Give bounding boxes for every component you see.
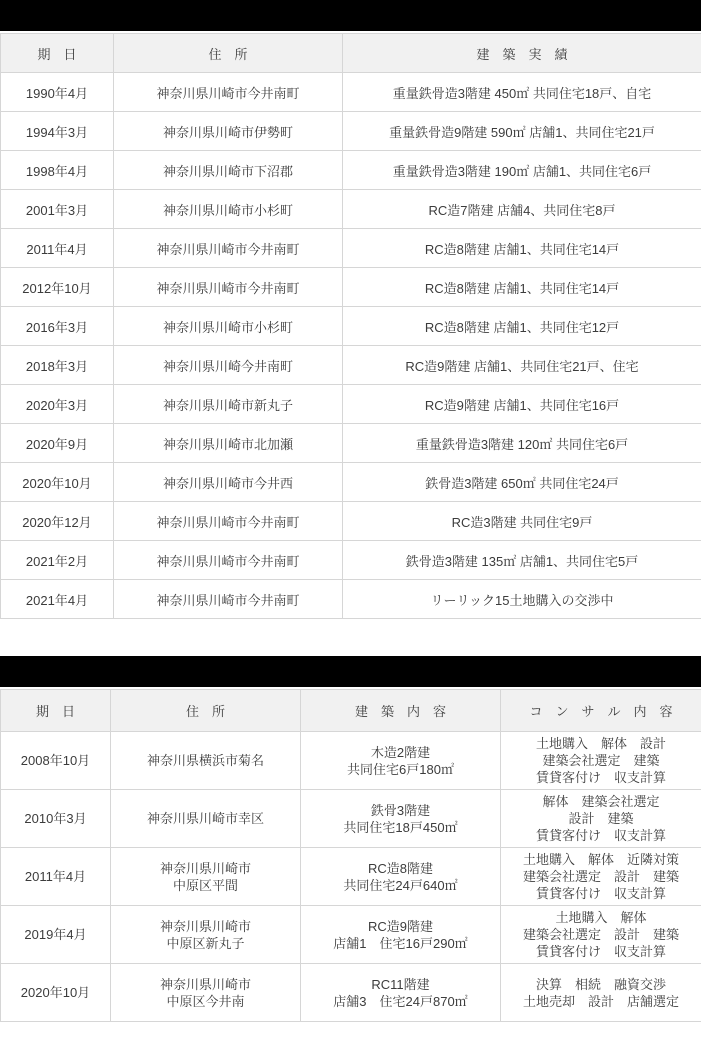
construction-content-cell: 木造2階建 共同住宅6戸180㎡ <box>301 732 501 790</box>
construction-table-header-row: 期 日 住 所 建 築 実 績 <box>1 34 701 73</box>
table-row: 2018年3月 神奈川県川崎今井南町 RC造9階建 店舗1、共同住宅21戸、住宅 <box>1 346 701 385</box>
header-construction-record: 建 築 実 績 <box>343 34 701 73</box>
address-cell: 神奈川県川崎市北加瀬 <box>114 424 343 463</box>
table-row: 2020年9月 神奈川県川崎市北加瀬 重量鉄骨造3階建 120㎡ 共同住宅6戸 <box>1 424 701 463</box>
table-row: 2011年4月 神奈川県川崎市 中原区平間 RC造8階建 共同住宅24戸640㎡… <box>1 848 701 906</box>
address-cell: 神奈川県川崎今井南町 <box>114 346 343 385</box>
date-cell: 2016年3月 <box>1 307 114 346</box>
date-cell: 2018年3月 <box>1 346 114 385</box>
address-cell: 神奈川県川崎市 中原区新丸子 <box>111 906 301 964</box>
address-cell: 神奈川県川崎市今井南町 <box>114 73 343 112</box>
table-row: 2020年12月 神奈川県川崎市今井南町 RC造3階建 共同住宅9戸 <box>1 502 701 541</box>
table-row: 1998年4月 神奈川県川崎市下沼郡 重量鉄骨造3階建 190㎡ 店舗1、共同住… <box>1 151 701 190</box>
header-consulting-content: コ ン サ ル 内 容 <box>501 690 701 732</box>
date-cell: 2001年3月 <box>1 190 114 229</box>
address-cell: 神奈川県川崎市下沼郡 <box>114 151 343 190</box>
construction-detail-cell: リーリック15土地購入の交渉中 <box>343 580 701 619</box>
table-row: 2012年10月 神奈川県川崎市今井南町 RC造8階建 店舗1、共同住宅14戸 <box>1 268 701 307</box>
construction-record-table: 期 日 住 所 建 築 実 績 1990年4月 神奈川県川崎市今井南町 重量鉄骨… <box>0 33 701 619</box>
page: 期 日 住 所 建 築 実 績 1990年4月 神奈川県川崎市今井南町 重量鉄骨… <box>0 0 701 1022</box>
date-cell: 2020年12月 <box>1 502 114 541</box>
consulting-content-cell: 土地購入 解体 建築会社選定 設計 建築 賃貸客付け 収支計算 <box>501 906 701 964</box>
consulting-content-cell: 土地購入 解体 設計 建築会社選定 建築 賃貸客付け 収支計算 <box>501 732 701 790</box>
consulting-content-cell: 解体 建築会社選定 設計 建築 賃貸客付け 収支計算 <box>501 790 701 848</box>
table-row: 2019年4月 神奈川県川崎市 中原区新丸子 RC造9階建 店舗1 住宅16戸2… <box>1 906 701 964</box>
construction-detail-cell: 重量鉄骨造3階建 190㎡ 店舗1、共同住宅6戸 <box>343 151 701 190</box>
date-cell: 2008年10月 <box>1 732 111 790</box>
construction-content-cell: RC造9階建 店舗1 住宅16戸290㎡ <box>301 906 501 964</box>
construction-content-cell: 鉄骨3階建 共同住宅18戸450㎡ <box>301 790 501 848</box>
address-cell: 神奈川県川崎市 中原区平間 <box>111 848 301 906</box>
address-cell: 神奈川県川崎市今井南町 <box>114 268 343 307</box>
date-cell: 2021年2月 <box>1 541 114 580</box>
construction-detail-cell: 重量鉄骨造9階建 590㎡ 店舗1、共同住宅21戸 <box>343 112 701 151</box>
construction-detail-cell: RC造8階建 店舗1、共同住宅14戸 <box>343 229 701 268</box>
table-row: 1990年4月 神奈川県川崎市今井南町 重量鉄骨造3階建 450㎡ 共同住宅18… <box>1 73 701 112</box>
address-cell: 神奈川県川崎市 中原区今井南 <box>111 964 301 1022</box>
header-address: 住 所 <box>114 34 343 73</box>
table-row: 2021年4月 神奈川県川崎市今井南町 リーリック15土地購入の交渉中 <box>1 580 701 619</box>
table-row: 2020年3月 神奈川県川崎市新丸子 RC造9階建 店舗1、共同住宅16戸 <box>1 385 701 424</box>
address-cell: 神奈川県川崎市今井南町 <box>114 502 343 541</box>
consulting-table-header-row: 期 日 住 所 建 築 内 容 コ ン サ ル 内 容 <box>1 690 701 732</box>
table-row: 2001年3月 神奈川県川崎市小杉町 RC造7階建 店舗4、共同住宅8戸 <box>1 190 701 229</box>
construction-detail-cell: 鉄骨造3階建 650㎡ 共同住宅24戸 <box>343 463 701 502</box>
address-cell: 神奈川県川崎市伊勢町 <box>114 112 343 151</box>
address-cell: 神奈川県川崎市新丸子 <box>114 385 343 424</box>
address-cell: 神奈川県川崎市今井南町 <box>114 229 343 268</box>
date-cell: 1994年3月 <box>1 112 114 151</box>
address-cell: 神奈川県川崎市今井南町 <box>114 580 343 619</box>
construction-detail-cell: 重量鉄骨造3階建 450㎡ 共同住宅18戸、自宅 <box>343 73 701 112</box>
date-cell: 2010年3月 <box>1 790 111 848</box>
address-cell: 神奈川県川崎市今井西 <box>114 463 343 502</box>
construction-detail-cell: RC造9階建 店舗1、共同住宅21戸、住宅 <box>343 346 701 385</box>
header-date: 期 日 <box>1 690 111 732</box>
table-row: 2011年4月 神奈川県川崎市今井南町 RC造8階建 店舗1、共同住宅14戸 <box>1 229 701 268</box>
date-cell: 2011年4月 <box>1 229 114 268</box>
consulting-table-title-band <box>0 656 701 687</box>
table-row: 1994年3月 神奈川県川崎市伊勢町 重量鉄骨造9階建 590㎡ 店舗1、共同住… <box>1 112 701 151</box>
date-cell: 2021年4月 <box>1 580 114 619</box>
construction-detail-cell: 重量鉄骨造3階建 120㎡ 共同住宅6戸 <box>343 424 701 463</box>
consulting-content-cell: 決算 相続 融資交渉 土地売却 設計 店舗選定 <box>501 964 701 1022</box>
address-cell: 神奈川県川崎市今井南町 <box>114 541 343 580</box>
construction-detail-cell: RC造3階建 共同住宅9戸 <box>343 502 701 541</box>
construction-detail-cell: 鉄骨造3階建 135㎡ 店舗1、共同住宅5戸 <box>343 541 701 580</box>
construction-detail-cell: RC造8階建 店舗1、共同住宅14戸 <box>343 268 701 307</box>
construction-detail-cell: RC造7階建 店舗4、共同住宅8戸 <box>343 190 701 229</box>
table-row: 2021年2月 神奈川県川崎市今井南町 鉄骨造3階建 135㎡ 店舗1、共同住宅… <box>1 541 701 580</box>
address-cell: 神奈川県川崎市小杉町 <box>114 190 343 229</box>
address-cell: 神奈川県川崎市小杉町 <box>114 307 343 346</box>
table-row: 2020年10月 神奈川県川崎市 中原区今井南 RC11階建 店舗3 住宅24戸… <box>1 964 701 1022</box>
date-cell: 2020年10月 <box>1 964 111 1022</box>
table-row: 2010年3月 神奈川県川崎市幸区 鉄骨3階建 共同住宅18戸450㎡ 解体 建… <box>1 790 701 848</box>
construction-table-title-band <box>0 0 701 31</box>
date-cell: 2019年4月 <box>1 906 111 964</box>
header-date: 期 日 <box>1 34 114 73</box>
table-row: 2008年10月 神奈川県横浜市菊名 木造2階建 共同住宅6戸180㎡ 土地購入… <box>1 732 701 790</box>
date-cell: 1990年4月 <box>1 73 114 112</box>
header-address: 住 所 <box>111 690 301 732</box>
construction-content-cell: RC造8階建 共同住宅24戸640㎡ <box>301 848 501 906</box>
date-cell: 1998年4月 <box>1 151 114 190</box>
construction-detail-cell: RC造8階建 店舗1、共同住宅12戸 <box>343 307 701 346</box>
date-cell: 2020年9月 <box>1 424 114 463</box>
consulting-content-cell: 土地購入 解体 近隣対策 建築会社選定 設計 建築 賃貸客付け 収支計算 <box>501 848 701 906</box>
date-cell: 2012年10月 <box>1 268 114 307</box>
construction-content-cell: RC11階建 店舗3 住宅24戸870㎡ <box>301 964 501 1022</box>
address-cell: 神奈川県川崎市幸区 <box>111 790 301 848</box>
date-cell: 2020年3月 <box>1 385 114 424</box>
date-cell: 2011年4月 <box>1 848 111 906</box>
table-row: 2016年3月 神奈川県川崎市小杉町 RC造8階建 店舗1、共同住宅12戸 <box>1 307 701 346</box>
date-cell: 2020年10月 <box>1 463 114 502</box>
header-construction-content: 建 築 内 容 <box>301 690 501 732</box>
construction-detail-cell: RC造9階建 店舗1、共同住宅16戸 <box>343 385 701 424</box>
table-row: 2020年10月 神奈川県川崎市今井西 鉄骨造3階建 650㎡ 共同住宅24戸 <box>1 463 701 502</box>
address-cell: 神奈川県横浜市菊名 <box>111 732 301 790</box>
consulting-record-table: 期 日 住 所 建 築 内 容 コ ン サ ル 内 容 2008年10月 神奈川… <box>0 689 701 1022</box>
